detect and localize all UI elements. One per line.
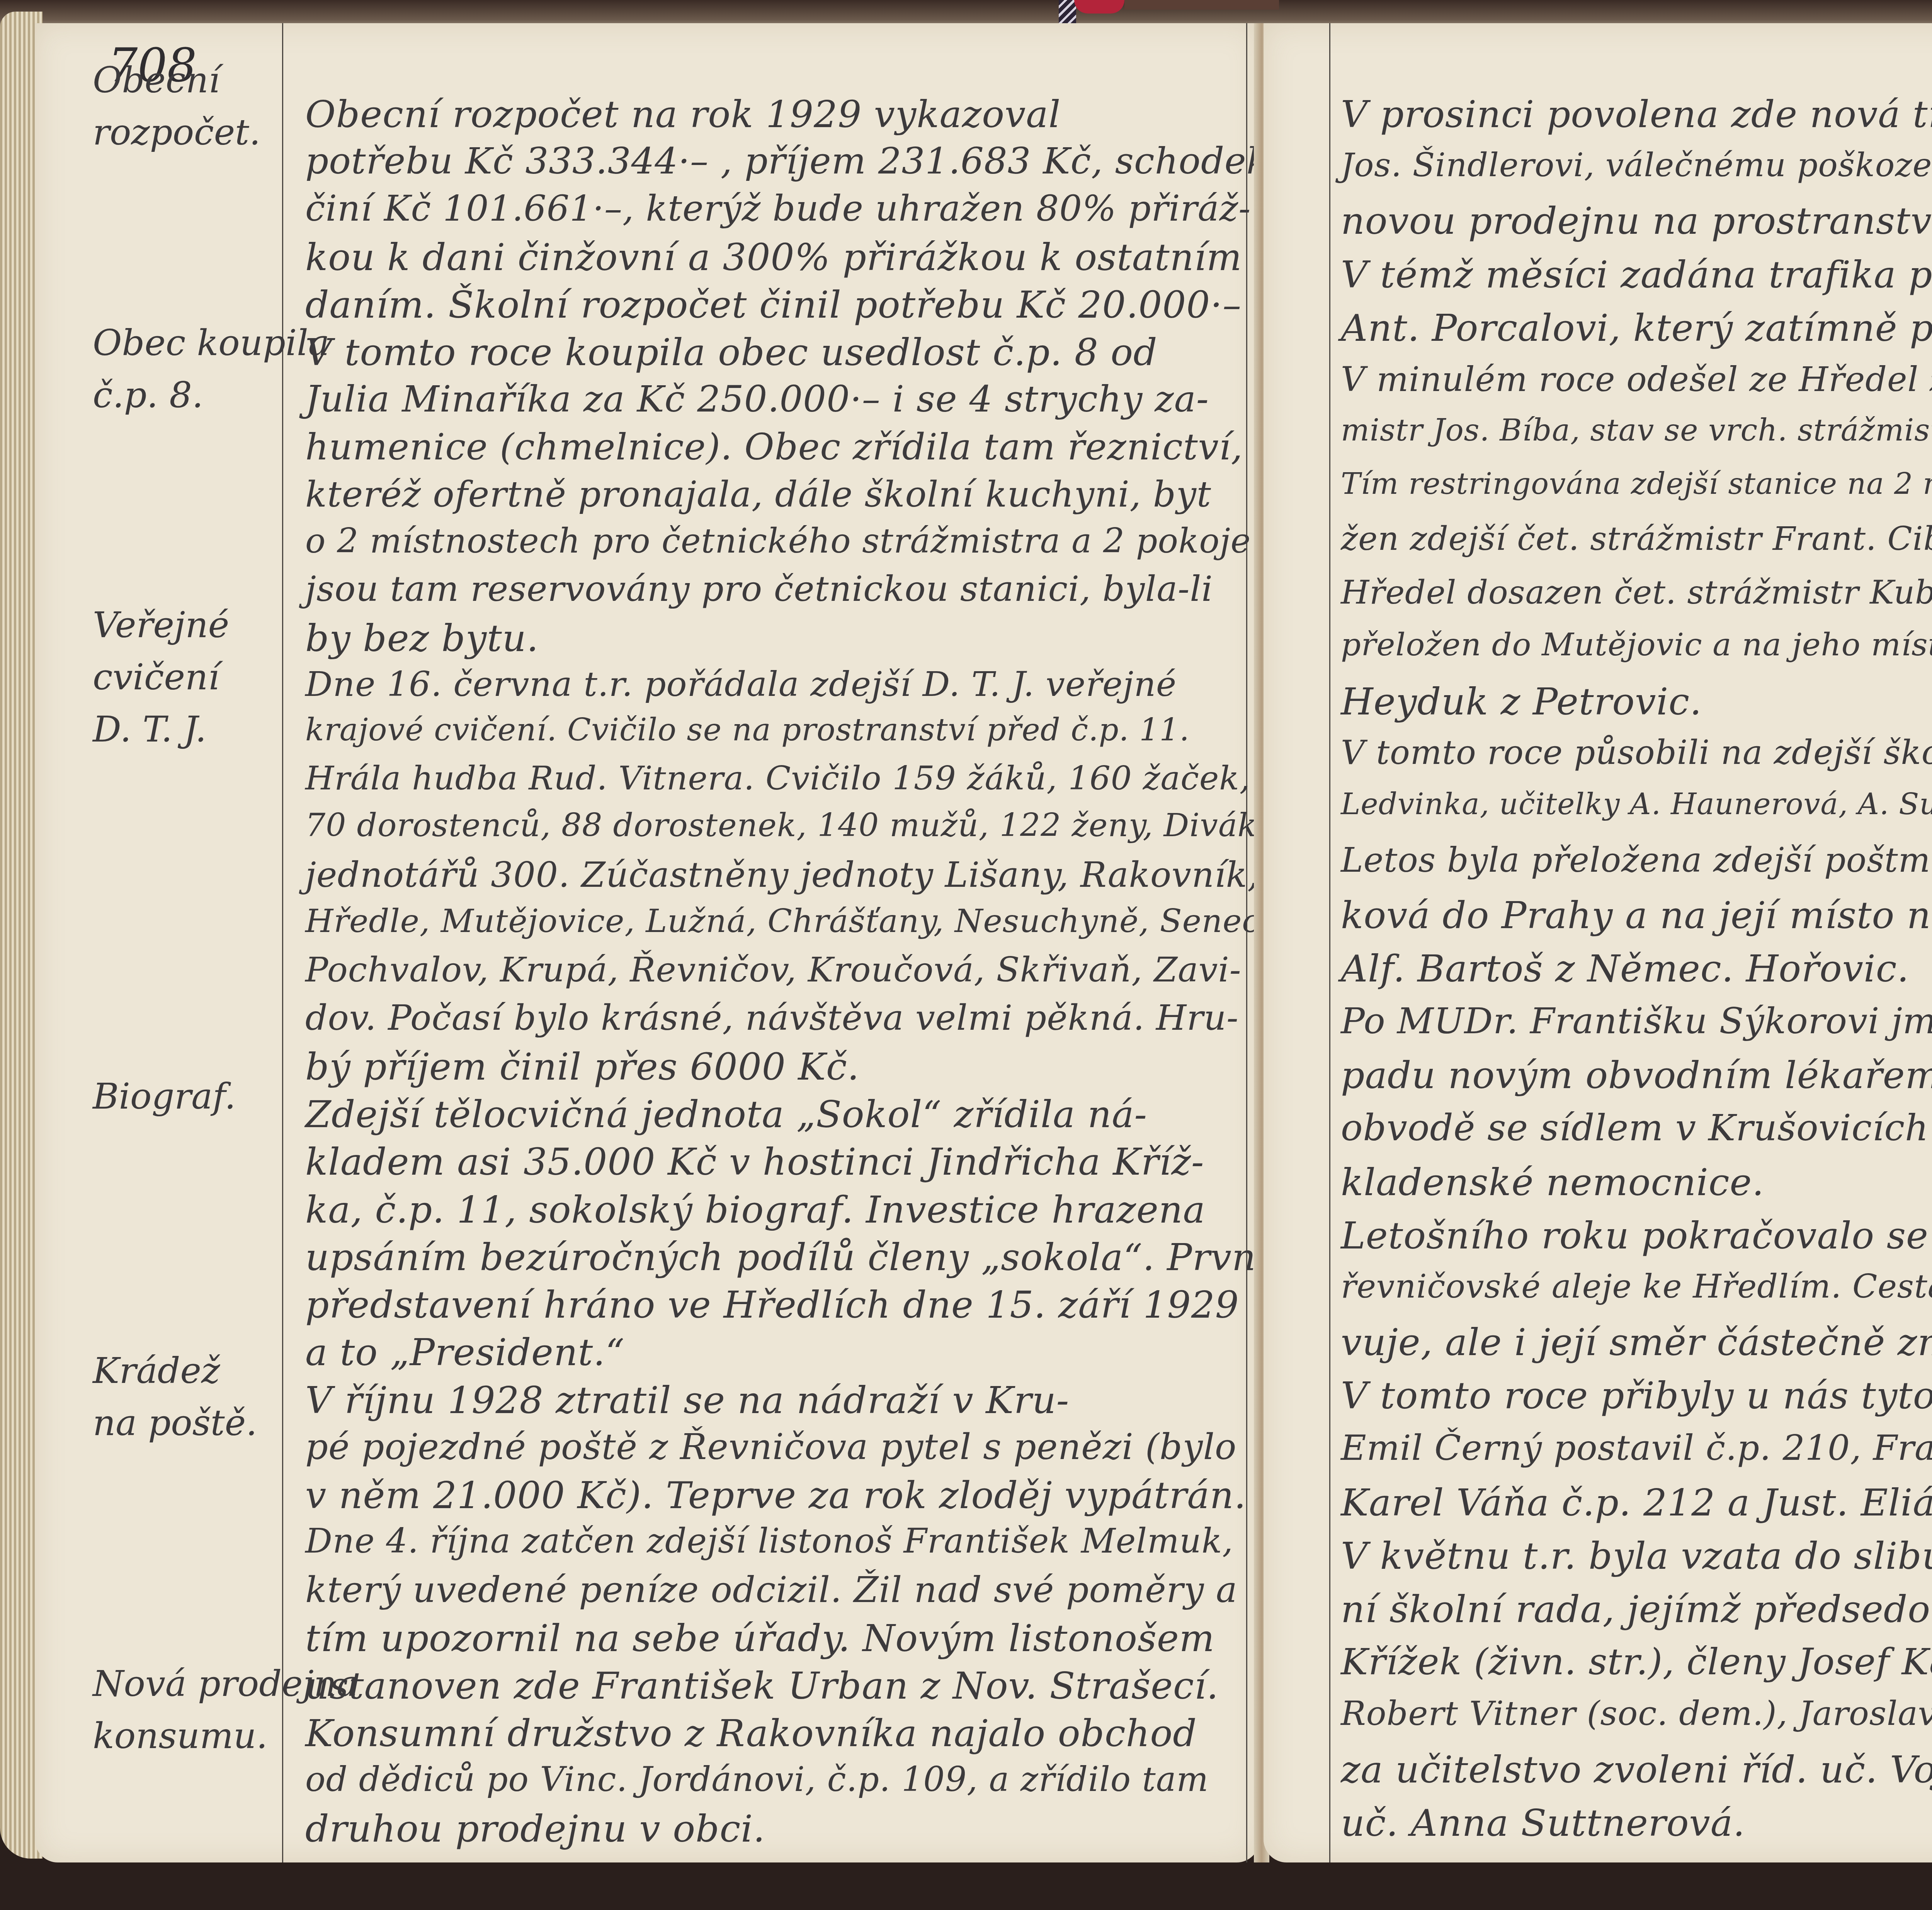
right-page: 709 Nové trafiky.Změny v četnictvu.Učite… — [1264, 23, 1932, 1862]
text-line: žen zdejší čet. strážmistr Frant. Cibulk… — [1341, 520, 1932, 558]
text-line: a to „President.“ — [305, 1331, 1233, 1374]
margin-note: Veřejné cvičení D. T. J. — [93, 599, 229, 755]
text-line: Hředel dosazen čet. strážmistr Kubát. Te… — [1341, 573, 1932, 611]
left-page: 708 Obecní rozpočet.Obec koupila č.p. 8.… — [35, 23, 1260, 1862]
text-line: krajové cvičení. Cvičilo se na prostrans… — [305, 712, 1233, 748]
text-line: V tomto roce přibyly u nás tyto stavby: — [1341, 1374, 1932, 1417]
text-line: Konsumní družstvo z Rakovníka najalo obc… — [305, 1712, 1233, 1755]
text-line: tím upozornil na sebe úřady. Novým listo… — [305, 1617, 1233, 1660]
text-line: Alf. Bartoš z Němec. Hořovic. — [1341, 947, 1932, 990]
text-line: Letošního roku pokračovalo se v úpravě c… — [1341, 1214, 1932, 1257]
text-line: který uvedené peníze odcizil. Žil nad sv… — [305, 1569, 1233, 1611]
text-line: Pochvalov, Krupá, Řevničov, Kroučová, Sk… — [305, 950, 1233, 990]
text-line: Robert Vitner (soc. dem.), Jaroslav Vitn… — [1341, 1694, 1932, 1733]
margin-note: Biograf. — [93, 1070, 236, 1123]
text-line: potřebu Kč 333.344·– , příjem 231.683 Kč… — [305, 140, 1233, 182]
text-line: jsou tam reservovány pro četnickou stani… — [305, 569, 1233, 609]
text-line: V říjnu 1928 ztratil se na nádraží v Kru… — [305, 1379, 1233, 1422]
text-line: Zdejší tělocvičná jednota „Sokol“ zřídil… — [305, 1093, 1233, 1136]
text-line: ní školní rada, jejímž předsedou jest Ji… — [1341, 1588, 1932, 1631]
text-line: ustanoven zde František Urban z Nov. Str… — [305, 1664, 1233, 1708]
text-line: kladem asi 35.000 Kč v hostinci Jindřich… — [305, 1140, 1233, 1184]
text-line: V témž měsíci zadána trafika po Anně Šmí… — [1341, 253, 1932, 296]
text-line: V tomto roce koupila obec usedlost č.p. … — [305, 331, 1233, 374]
left-margin-rule — [282, 23, 283, 1862]
text-line: bý příjem činil přes 6000 Kč. — [305, 1045, 1233, 1089]
text-line: ka, č.p. 11, sokolský biograf. Investice… — [305, 1188, 1233, 1231]
text-line: za učitelstvo zvoleni říd. uč. Vojtěch L… — [1341, 1748, 1932, 1791]
text-line: mistr Jos. Bíba, stav se vrch. strážmist… — [1341, 413, 1932, 448]
text-line: druhou prodejnu v obci. — [305, 1807, 1233, 1850]
text-line: kladenské nemocnice. — [1341, 1161, 1932, 1204]
text-line: představení hráno ve Hředlích dne 15. zá… — [305, 1283, 1233, 1327]
text-line: činí Kč 101.661·–, kterýž bude uhražen 8… — [305, 188, 1233, 229]
text-line: vuje, ale i její směr částečně změněn. — [1341, 1321, 1932, 1364]
text-line: daním. Školní rozpočet činil potřebu Kč … — [305, 283, 1233, 327]
text-line: Heyduk z Petrovic. — [1341, 680, 1932, 723]
text-line: humenice (chmelnice). Obec zřídila tam ř… — [305, 426, 1233, 468]
text-line: upsáním bezúročných podílů členy „sokola… — [305, 1236, 1233, 1279]
text-line: o 2 místnostech pro četnického strážmist… — [305, 521, 1233, 561]
text-line: Dne 4. října zatčen zdejší listonoš Fran… — [305, 1521, 1233, 1561]
text-line: Obecní rozpočet na rok 1929 vykazoval — [305, 93, 1233, 136]
text-line: řevničovské aleje ke Hředlím. Cesta ta n… — [1341, 1267, 1932, 1305]
text-line: V květnu t.r. byla vzata do slibu nová m… — [1341, 1534, 1932, 1578]
text-line: Hrála hudba Rud. Vitnera. Cvičilo 159 žá… — [305, 759, 1233, 798]
text-line: obvodě se sídlem v Krušovicích MUDr. Kar… — [1341, 1107, 1932, 1149]
text-line: V tomto roce působili na zdejší škole: ř… — [1341, 733, 1932, 772]
text-line: Letos byla přeložena zdejší poštmistrová… — [1341, 840, 1932, 880]
left-edge-rule — [1246, 23, 1247, 1862]
text-line: v něm 21.000 Kč). Teprve za rok zloděj v… — [305, 1474, 1233, 1517]
text-line: kou k dani činžovní a 300% přirážkou k o… — [305, 236, 1233, 279]
text-line: pé pojezdné poště z Řevničova pytel s pe… — [305, 1426, 1233, 1468]
text-line: Ant. Porcalovi, který zatímně prodává v … — [1341, 306, 1932, 350]
text-line: Karel Váňa č.p. 212 a Just. Eliášková č.… — [1341, 1481, 1932, 1524]
text-line: novou prodejnu na prostranství před č.p.… — [1341, 199, 1932, 243]
text-line: přeložen do Mutějovic a na jeho místo na… — [1341, 627, 1932, 663]
margin-note: Obec koupila č.p. 8. — [93, 317, 330, 421]
text-line: Tím restringována zdejší stanice na 2 mu… — [1341, 466, 1932, 501]
text-line: Jos. Šindlerovi, válečnému poškozenci, k… — [1341, 146, 1932, 184]
bookmark-brown-band — [1124, 0, 1279, 10]
text-line: kteréž ofertně pronajala, dále školní ku… — [305, 474, 1233, 515]
text-line: dov. Počasí bylo krásné, návštěva velmi … — [305, 998, 1233, 1038]
text-line: jednotářů 300. Zúčastněny jednoty Lišany… — [305, 855, 1233, 895]
text-line: 70 dorostenců, 88 dorostenek, 140 mužů, … — [305, 807, 1233, 844]
text-line: Ledvinka, učitelky A. Haunerová, A. Sutt… — [1341, 787, 1932, 821]
text-line: by bez bytu. — [305, 617, 1233, 660]
text-line: Julia Minaříka za Kč 250.000·– i se 4 st… — [305, 378, 1233, 420]
bookmark-ribbon — [1059, 0, 1076, 23]
text-line: padu novým obvodním lékařem v našem zdra… — [1341, 1054, 1932, 1097]
right-edge-rule — [1329, 23, 1330, 1862]
text-line: uč. Anna Suttnerová. — [1341, 1801, 1932, 1845]
text-line: ková do Prahy a na její místo nastoupil … — [1341, 894, 1932, 937]
text-line: Dne 16. června t.r. pořádala zdejší D. T… — [305, 664, 1233, 704]
margin-note: Krádež na poště. — [93, 1345, 257, 1449]
margin-note: Obecní rozpočet. — [93, 54, 260, 158]
text-line: V prosinci povolena zde nová trafika a z… — [1341, 93, 1932, 136]
text-line: od dědiců po Vinc. Jordánovi, č.p. 109, … — [305, 1760, 1233, 1799]
text-line: V minulém roce odešel ze Hředel zdejší č… — [1341, 360, 1932, 399]
bookmark-red-band — [1074, 0, 1124, 14]
text-line: Hředle, Mutějovice, Lužná, Chrášťany, Ne… — [305, 902, 1233, 940]
text-line: Po MUDr. Františku Sýkorovi jmenován let… — [1341, 1000, 1932, 1042]
text-line: Emil Černý postavil č.p. 210, Frant. Šva… — [1341, 1428, 1932, 1468]
text-line: Křížek (živn. str.), členy Josef Kapoun … — [1341, 1641, 1932, 1683]
